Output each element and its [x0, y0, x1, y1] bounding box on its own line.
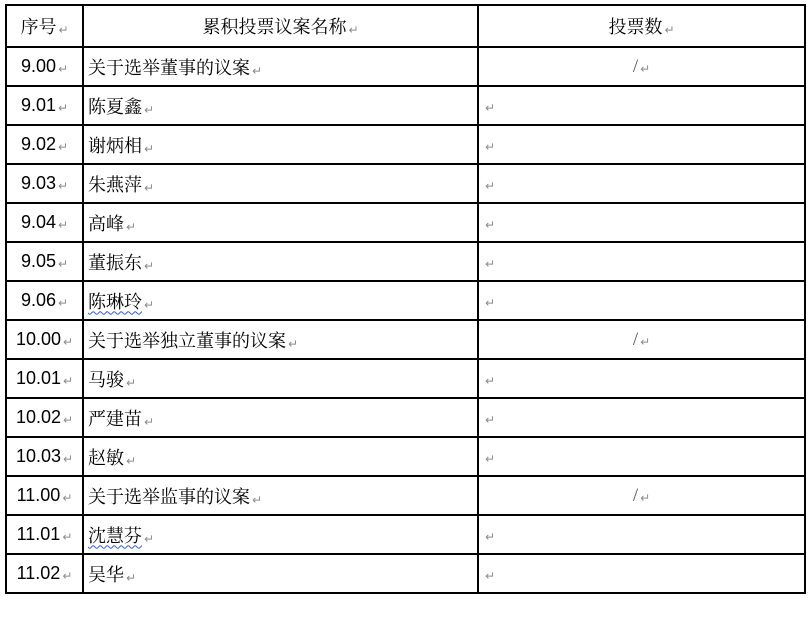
paragraph-mark-icon: ↵	[58, 218, 68, 232]
proposal-name-cell[interactable]: 陈琳玲↵	[83, 281, 478, 320]
seq-cell[interactable]: 11.01↵	[6, 515, 83, 554]
seq-number: 11.01	[17, 524, 61, 544]
header-votes-label: 投票数	[608, 17, 662, 37]
table-row: 10.03↵ 赵敏↵ ↵	[6, 437, 805, 476]
proposal-name-cell[interactable]: 关于选举董事的议案↵	[83, 47, 478, 86]
seq-cell[interactable]: 9.00↵	[6, 47, 83, 86]
header-seq-label: 序号	[20, 17, 56, 37]
proposal-name-cell[interactable]: 关于选举独立董事的议案↵	[83, 320, 478, 359]
proposal-name: 马骏	[88, 370, 124, 390]
proposal-name-cell[interactable]: 陈夏鑫↵	[83, 86, 478, 125]
votes-cell[interactable]: /↵	[478, 476, 805, 515]
paragraph-mark-icon: ↵	[640, 62, 650, 76]
votes-cell[interactable]: ↵	[478, 554, 805, 593]
table-row: 9.04↵ 高峰↵ ↵	[6, 203, 805, 242]
seq-number: 10.00	[16, 329, 61, 349]
proposal-name: 赵敏	[88, 448, 124, 468]
votes-value: /	[633, 329, 638, 350]
seq-number: 10.03	[16, 446, 61, 466]
votes-cell[interactable]: ↵	[478, 359, 805, 398]
proposal-name: 沈慧芬	[88, 526, 142, 546]
proposal-name-cell[interactable]: 朱燕萍↵	[83, 164, 478, 203]
header-proposal-name-label: 累积投票议案名称	[202, 17, 346, 37]
table-row: 9.06↵ 陈琳玲↵ ↵	[6, 281, 805, 320]
seq-cell[interactable]: 9.02↵	[6, 125, 83, 164]
proposal-name-cell[interactable]: 吴华↵	[83, 554, 478, 593]
votes-cell[interactable]: ↵	[478, 242, 805, 281]
paragraph-mark-icon: ↵	[58, 179, 68, 193]
paragraph-mark-icon: ↵	[62, 491, 72, 505]
votes-value: /	[633, 485, 638, 506]
paragraph-mark-icon: ↵	[144, 532, 154, 546]
votes-cell[interactable]: ↵	[478, 164, 805, 203]
document-page: 序号↵ 累积投票议案名称↵ 投票数↵ 9.00↵ 关于选举董事的议案↵ /↵	[0, 0, 810, 639]
paragraph-mark-icon: ↵	[485, 569, 495, 583]
table-row: 10.02↵ 严建苗↵ ↵	[6, 398, 805, 437]
proposal-name: 董振东	[88, 253, 142, 273]
paragraph-mark-icon: ↵	[252, 64, 262, 78]
votes-cell[interactable]: ↵	[478, 515, 805, 554]
paragraph-mark-icon: ↵	[58, 140, 68, 154]
seq-number: 9.02	[21, 134, 56, 154]
paragraph-mark-icon: ↵	[58, 23, 68, 37]
table-row: 10.00↵ 关于选举独立董事的议案↵ /↵	[6, 320, 805, 359]
table-row: 11.00↵ 关于选举监事的议案↵ /↵	[6, 476, 805, 515]
proposal-name-cell[interactable]: 谢炳相↵	[83, 125, 478, 164]
proposal-name: 高峰	[88, 214, 124, 234]
votes-cell[interactable]: ↵	[478, 203, 805, 242]
paragraph-mark-icon: ↵	[126, 220, 136, 234]
seq-cell[interactable]: 9.04↵	[6, 203, 83, 242]
paragraph-mark-icon: ↵	[144, 181, 154, 195]
seq-cell[interactable]: 11.00↵	[6, 476, 83, 515]
paragraph-mark-icon: ↵	[144, 103, 154, 117]
paragraph-mark-icon: ↵	[485, 452, 495, 466]
proposal-name: 关于选举监事的议案	[88, 487, 250, 507]
paragraph-mark-icon: ↵	[485, 530, 495, 544]
proposal-name-cell[interactable]: 董振东↵	[83, 242, 478, 281]
paragraph-mark-icon: ↵	[485, 296, 495, 310]
paragraph-mark-icon: ↵	[485, 179, 495, 193]
header-seq[interactable]: 序号↵	[6, 5, 83, 47]
paragraph-mark-icon: ↵	[485, 413, 495, 427]
paragraph-mark-icon: ↵	[348, 23, 358, 37]
seq-cell[interactable]: 9.03↵	[6, 164, 83, 203]
seq-number: 10.02	[16, 407, 61, 427]
proposal-name: 陈琳玲	[88, 292, 142, 312]
table-row: 9.00↵ 关于选举董事的议案↵ /↵	[6, 47, 805, 86]
seq-cell[interactable]: 10.03↵	[6, 437, 83, 476]
seq-number: 11.02	[17, 563, 61, 583]
paragraph-mark-icon: ↵	[485, 218, 495, 232]
voting-table: 序号↵ 累积投票议案名称↵ 投票数↵ 9.00↵ 关于选举董事的议案↵ /↵	[5, 4, 806, 594]
proposal-name-cell[interactable]: 高峰↵	[83, 203, 478, 242]
paragraph-mark-icon: ↵	[664, 23, 674, 37]
proposal-name: 关于选举董事的议案	[88, 58, 250, 78]
table-row: 9.01↵ 陈夏鑫↵ ↵	[6, 86, 805, 125]
paragraph-mark-icon: ↵	[63, 452, 73, 466]
paragraph-mark-icon: ↵	[288, 337, 298, 351]
seq-cell[interactable]: 10.00↵	[6, 320, 83, 359]
votes-value: /	[633, 56, 638, 77]
proposal-name: 朱燕萍	[88, 175, 142, 195]
seq-number: 9.05	[21, 251, 56, 271]
seq-cell[interactable]: 10.02↵	[6, 398, 83, 437]
paragraph-mark-icon: ↵	[58, 296, 68, 310]
paragraph-mark-icon: ↵	[63, 374, 73, 388]
seq-number: 9.01	[21, 95, 56, 115]
seq-cell[interactable]: 9.05↵	[6, 242, 83, 281]
proposal-name: 陈夏鑫	[88, 97, 142, 117]
paragraph-mark-icon: ↵	[126, 376, 136, 390]
paragraph-mark-icon: ↵	[126, 571, 136, 585]
seq-number: 9.00	[21, 56, 56, 76]
votes-cell[interactable]: ↵	[478, 437, 805, 476]
seq-number: 9.06	[21, 290, 56, 310]
paragraph-mark-icon: ↵	[63, 413, 73, 427]
votes-cell[interactable]: ↵	[478, 86, 805, 125]
seq-number: 9.04	[21, 212, 56, 232]
seq-number: 10.01	[16, 368, 61, 388]
paragraph-mark-icon: ↵	[62, 530, 72, 544]
proposal-name-cell[interactable]: 赵敏↵	[83, 437, 478, 476]
table-row: 11.02↵ 吴华↵ ↵	[6, 554, 805, 593]
paragraph-mark-icon: ↵	[58, 257, 68, 271]
paragraph-mark-icon: ↵	[144, 298, 154, 312]
paragraph-mark-icon: ↵	[62, 569, 72, 583]
proposal-name-cell[interactable]: 关于选举监事的议案↵	[83, 476, 478, 515]
table-row: 9.03↵ 朱燕萍↵ ↵	[6, 164, 805, 203]
header-votes[interactable]: 投票数↵	[478, 5, 805, 47]
paragraph-mark-icon: ↵	[144, 259, 154, 273]
paragraph-mark-icon: ↵	[485, 101, 495, 115]
votes-cell[interactable]: /↵	[478, 320, 805, 359]
paragraph-mark-icon: ↵	[640, 491, 650, 505]
table-row: 11.01↵ 沈慧芬↵ ↵	[6, 515, 805, 554]
votes-cell[interactable]: /↵	[478, 47, 805, 86]
table-row: 9.02↵ 谢炳相↵ ↵	[6, 125, 805, 164]
header-row: 序号↵ 累积投票议案名称↵ 投票数↵	[6, 5, 805, 47]
proposal-name-cell[interactable]: 马骏↵	[83, 359, 478, 398]
proposal-name: 关于选举独立董事的议案	[88, 331, 286, 351]
paragraph-mark-icon: ↵	[485, 140, 495, 154]
proposal-name: 严建苗	[88, 409, 142, 429]
table-row: 9.05↵ 董振东↵ ↵	[6, 242, 805, 281]
paragraph-mark-icon: ↵	[252, 493, 262, 507]
paragraph-mark-icon: ↵	[144, 142, 154, 156]
paragraph-mark-icon: ↵	[144, 415, 154, 429]
seq-cell[interactable]: 10.01↵	[6, 359, 83, 398]
votes-cell[interactable]: ↵	[478, 281, 805, 320]
paragraph-mark-icon: ↵	[640, 335, 650, 349]
seq-cell[interactable]: 9.01↵	[6, 86, 83, 125]
paragraph-mark-icon: ↵	[58, 62, 68, 76]
seq-cell[interactable]: 11.02↵	[6, 554, 83, 593]
votes-cell[interactable]: ↵	[478, 398, 805, 437]
paragraph-mark-icon: ↵	[63, 335, 73, 349]
paragraph-mark-icon: ↵	[126, 454, 136, 468]
paragraph-mark-icon: ↵	[485, 374, 495, 388]
proposal-name-cell[interactable]: 严建苗↵	[83, 398, 478, 437]
header-proposal-name[interactable]: 累积投票议案名称↵	[83, 5, 478, 47]
proposal-name: 谢炳相	[88, 136, 142, 156]
seq-cell[interactable]: 9.06↵	[6, 281, 83, 320]
votes-cell[interactable]: ↵	[478, 125, 805, 164]
paragraph-mark-icon: ↵	[58, 101, 68, 115]
seq-number: 9.03	[21, 173, 56, 193]
table-row: 10.01↵ 马骏↵ ↵	[6, 359, 805, 398]
seq-number: 11.00	[17, 485, 61, 505]
paragraph-mark-icon: ↵	[485, 257, 495, 271]
proposal-name-cell[interactable]: 沈慧芬↵	[83, 515, 478, 554]
proposal-name: 吴华	[88, 565, 124, 585]
